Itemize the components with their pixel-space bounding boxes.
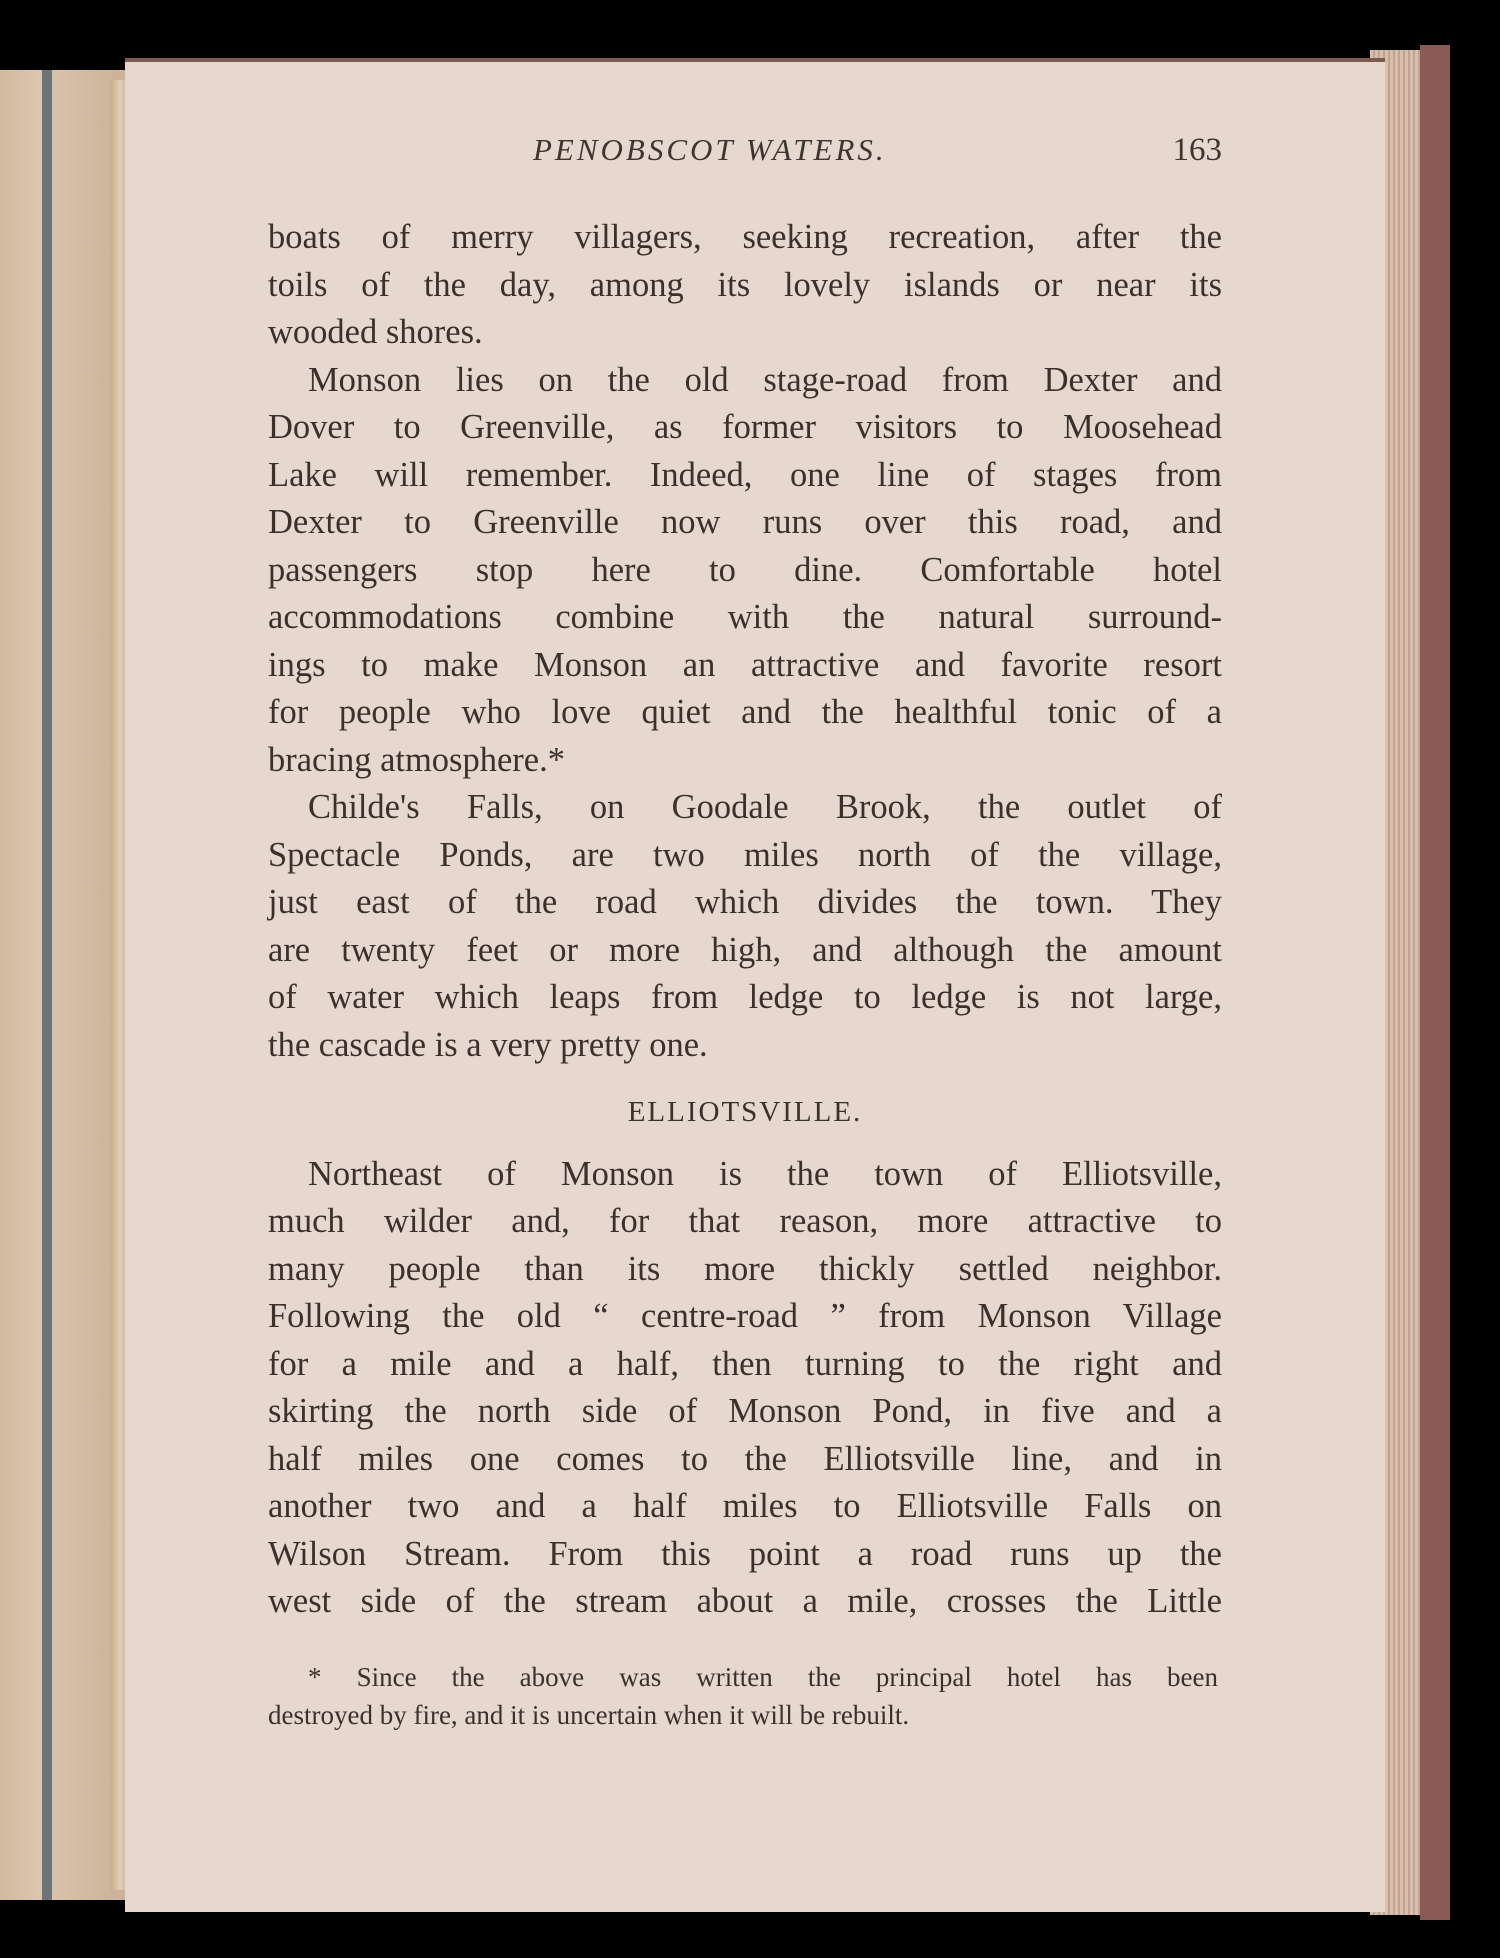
- text-line: passengers stop here to dine. Comfortabl…: [268, 547, 1222, 595]
- text-line: Dover to Greenville, as former visitors …: [268, 404, 1222, 452]
- footnote-line: * Since the above was written the princi…: [268, 1658, 1218, 1696]
- text-line: Wilson Stream. From this point a road ru…: [268, 1531, 1222, 1579]
- text-line: just east of the road which divides the …: [268, 879, 1222, 927]
- footnote-line: destroyed by fire, and it is uncertain w…: [268, 1696, 1218, 1734]
- text-line: Following the old “ centre-road ” from M…: [268, 1293, 1222, 1341]
- paragraph: Monson lies on the old stage-road from D…: [268, 357, 1222, 785]
- footnote: * Since the above was written the princi…: [268, 1658, 1218, 1734]
- text-line: Monson lies on the old stage-road from D…: [268, 357, 1222, 405]
- text-line: are twenty feet or more high, and althou…: [268, 927, 1222, 975]
- text-line: many people than its more thickly settle…: [268, 1246, 1222, 1294]
- text-line: Northeast of Monson is the town of Ellio…: [268, 1151, 1222, 1199]
- text-line: another two and a half miles to Elliotsv…: [268, 1483, 1222, 1531]
- text-line: ings to make Monson an attractive and fa…: [268, 642, 1222, 690]
- text-line: of water which leaps from ledge to ledge…: [268, 974, 1222, 1022]
- text-line: Lake will remember. Indeed, one line of …: [268, 452, 1222, 500]
- section-heading: ELLIOTSVILLE.: [268, 1089, 1222, 1137]
- text-line: west side of the stream about a mile, cr…: [268, 1578, 1222, 1626]
- text-line: wooded shores.: [268, 309, 1222, 357]
- text-line: Spectacle Ponds, are two miles north of …: [268, 832, 1222, 880]
- text-line: for people who love quiet and the health…: [268, 689, 1222, 737]
- page-number: 163: [1173, 132, 1223, 169]
- text-line: toils of the day, among its lovely islan…: [268, 262, 1222, 310]
- running-head: PENOBSCOT WATERS. 163: [268, 132, 1222, 176]
- body-text: boats of merry villagers, seeking recrea…: [268, 214, 1222, 1626]
- paragraph: boats of merry villagers, seeking recrea…: [268, 214, 1222, 357]
- text-line: the cascade is a very pretty one.: [268, 1022, 1222, 1070]
- text-line: boats of merry villagers, seeking recrea…: [268, 214, 1222, 262]
- paragraph: Northeast of Monson is the town of Ellio…: [268, 1151, 1222, 1626]
- text-line: Childe's Falls, on Goodale Brook, the ou…: [268, 784, 1222, 832]
- text-line: for a mile and a half, then turning to t…: [268, 1341, 1222, 1389]
- running-head-title: PENOBSCOT WATERS.: [533, 132, 887, 168]
- text-line: Dexter to Greenville now runs over this …: [268, 499, 1222, 547]
- text-line: much wilder and, for that reason, more a…: [268, 1198, 1222, 1246]
- left-page-gutter: [42, 70, 52, 1900]
- book-cover-edge: [1420, 45, 1450, 1920]
- text-line: accommodations combine with the natural …: [268, 594, 1222, 642]
- paragraph: Childe's Falls, on Goodale Brook, the ou…: [268, 784, 1222, 1069]
- text-line: bracing atmosphere.*: [268, 737, 1222, 785]
- text-line: skirting the north side of Monson Pond, …: [268, 1388, 1222, 1436]
- text-line: half miles one comes to the Elliotsville…: [268, 1436, 1222, 1484]
